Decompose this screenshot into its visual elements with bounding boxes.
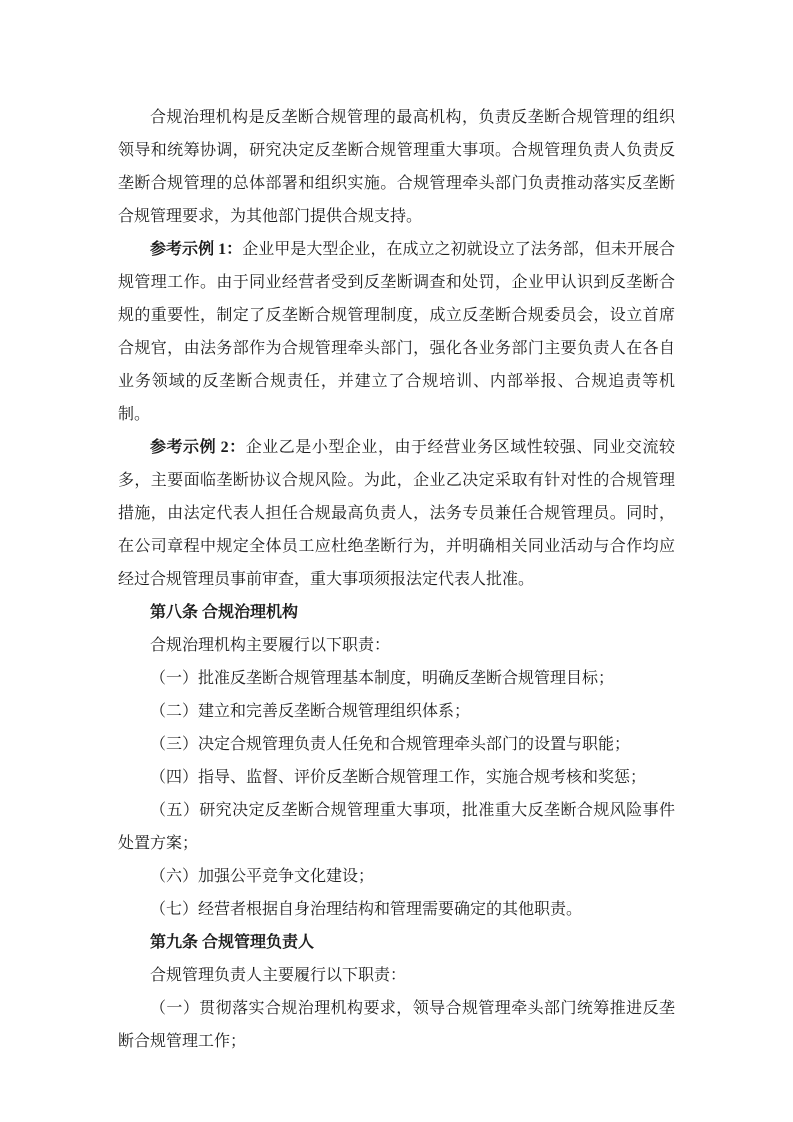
example-1-paragraph: 参考示例 1：企业甲是大型企业，在成立之初就设立了法务部，但未开展合规管理工作。… [118,233,675,431]
article-8-heading: 第八条 合规治理机构 [118,596,675,629]
intro-paragraph: 合规治理机构是反垄断合规管理的最高机构，负责反垄断合规管理的组织领导和统筹协调，… [118,101,675,233]
article-8-item-5: （五）研究决定反垄断合规管理重大事项，批准重大反垄断合规风险事件处置方案； [118,794,675,860]
article-8-item-6: （六）加强公平竞争文化建设； [118,860,675,893]
document-page: 合规治理机构是反垄断合规管理的最高机构，负责反垄断合规管理的组织领导和统筹协调，… [0,0,793,1122]
article-8-item-2: （二）建立和完善反垄断合规管理组织体系； [118,695,675,728]
article-9-heading: 第九条 合规管理负责人 [118,926,675,959]
article-8-item-1: （一）批准反垄断合规管理基本制度，明确反垄断合规管理目标； [118,662,675,695]
article-9-lead: 合规管理负责人主要履行以下职责： [118,959,675,992]
article-8-item-4: （四）指导、监督、评价反垄断合规管理工作，实施合规考核和奖惩； [118,761,675,794]
example-2-paragraph: 参考示例 2：企业乙是小型企业，由于经营业务区域性较强、同业交流较多，主要面临垄… [118,431,675,596]
example-1-text: 企业甲是大型企业，在成立之初就设立了法务部，但未开展合规管理工作。由于同业经营者… [118,241,675,423]
article-8-item-7: （七）经营者根据自身治理结构和管理需要确定的其他职责。 [118,893,675,926]
article-9-item-1: （一）贯彻落实合规治理机构要求，领导合规管理牵头部门统筹推进反垄断合规管理工作； [118,992,675,1058]
example-2-label: 参考示例 2： [150,439,246,456]
example-2-text: 企业乙是小型企业，由于经营业务区域性较强、同业交流较多，主要面临垄断协议合规风险… [118,439,675,588]
example-1-label: 参考示例 1： [150,241,242,258]
article-8-item-3: （三）决定合规管理负责人任免和合规管理牵头部门的设置与职能； [118,728,675,761]
article-8-lead: 合规治理机构主要履行以下职责： [118,629,675,662]
